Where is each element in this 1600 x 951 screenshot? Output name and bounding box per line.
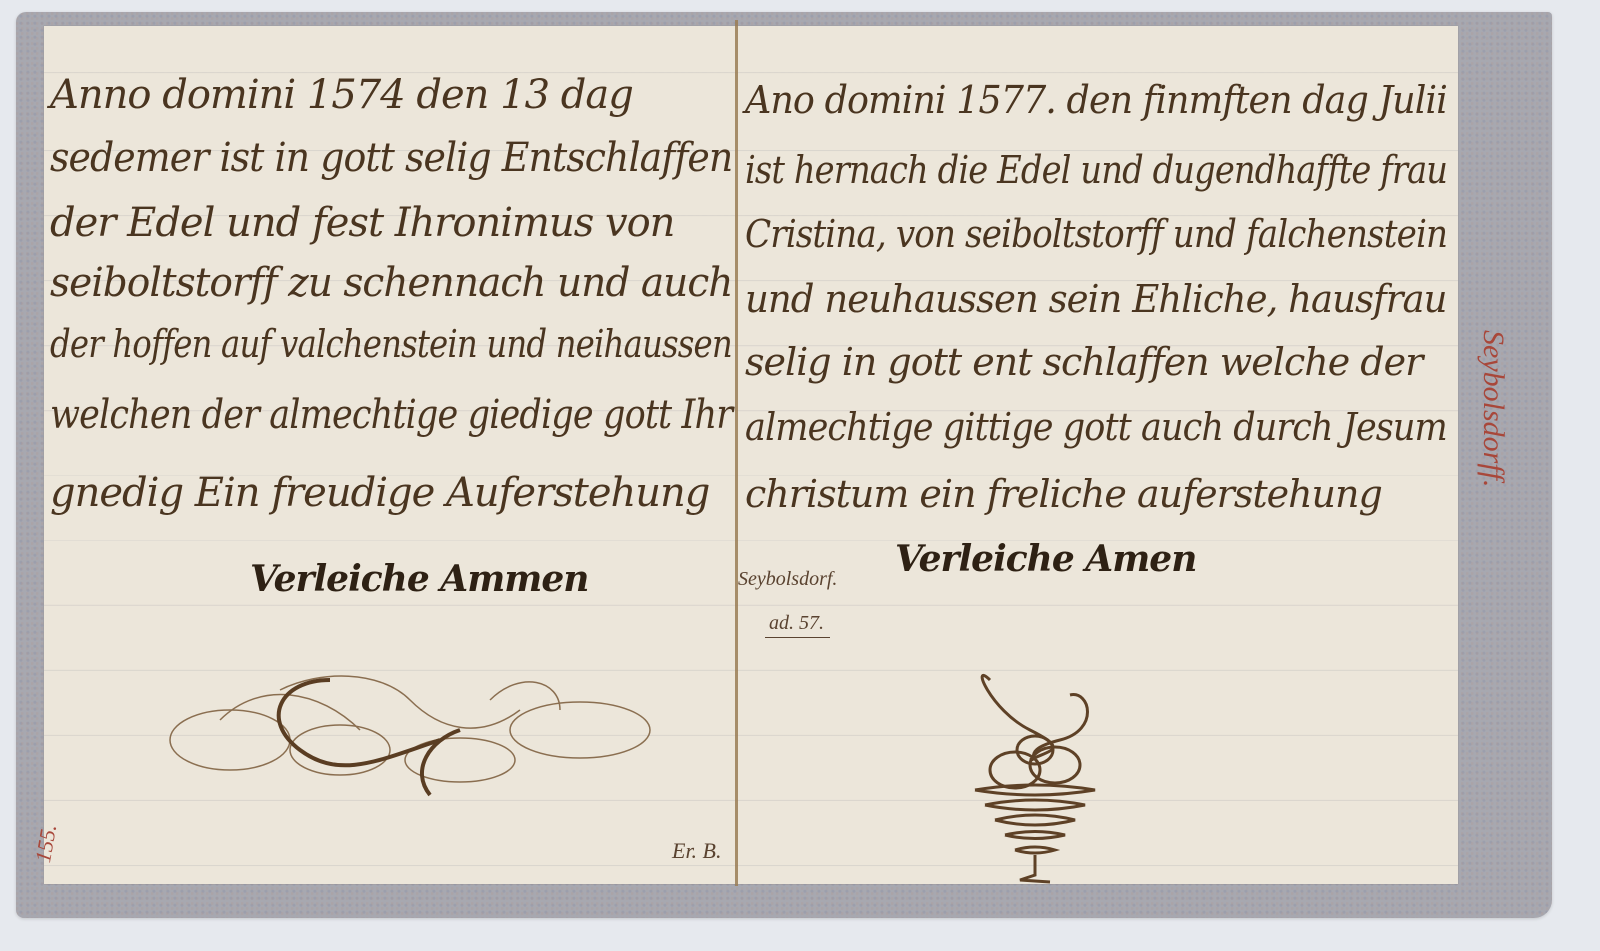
text-line: der Edel und fest Ihronimus von: [50, 200, 674, 246]
text-line: gnedig Ein freudige Auferstehung: [50, 470, 709, 516]
text-line: almechtige gittige gott auch durch Jesum: [745, 405, 1447, 449]
text-line: der hoffen auf valchenstein und neihauss…: [50, 322, 732, 366]
closing-line: Verleiche Amen: [895, 538, 1196, 580]
closing-line: Verleiche Ammen: [250, 558, 588, 600]
text-line: Cristina, von seiboltstorff und falchens…: [745, 212, 1447, 256]
text-line: selig in gott ent schlaffen welche der: [745, 340, 1422, 384]
text-line: welchen der almechtige giedige gott Ihr: [50, 392, 732, 438]
text-line: seiboltstorff zu schennach und auch: [50, 260, 732, 306]
bottom-initials: Er. B.: [672, 838, 722, 864]
text-line: Anno domini 1574 den 13 dag: [50, 72, 633, 118]
text-line: christum ein freliche auferstehung: [745, 472, 1382, 516]
archival-note-place: Seybolsdorf.: [738, 568, 837, 591]
text-line: Ano domini 1577. den finmften dag Julii: [745, 78, 1447, 122]
center-fold-line: [735, 20, 738, 886]
text-line: ist hernach die Edel und dugendhaffte fr…: [745, 148, 1447, 192]
text-line: und neuhaussen sein Ehliche, hausfrau: [745, 277, 1447, 321]
grape-cluster-flourish-icon: [960, 650, 1110, 890]
archival-note-number: ad. 57.: [765, 612, 830, 638]
text-line: sedemer ist in gott selig Entschlaffen: [50, 135, 732, 181]
margin-vertical-note: Seybolsdorff.: [1476, 330, 1510, 488]
calligraphic-flourish-icon: [160, 650, 660, 820]
